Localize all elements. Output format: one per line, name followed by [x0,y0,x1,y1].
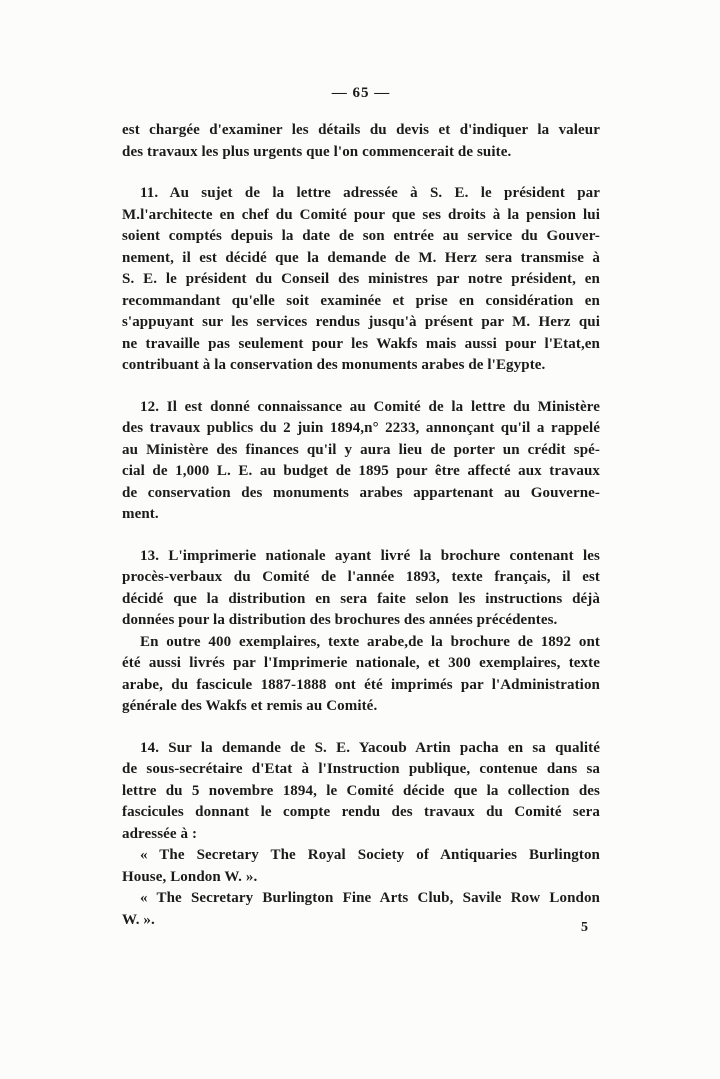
text-line: En outre 400 exemplaires, texte arabe,de… [122,632,600,654]
text-line: M.l'architecte en chef du Comité pour qu… [122,205,600,227]
paragraph-address-royal-society: « The Secretary The Royal Society of Ant… [122,845,600,888]
text-line: des travaux publics du 2 juin 1894,n° 22… [122,418,600,440]
text-line: décidé que la distribution en sera faite… [122,589,600,611]
text-line: cial de 1,000 L. E. au budget de 1895 po… [122,461,600,483]
text-line: S. E. le président du Conseil des minist… [122,269,600,291]
text-line: s'appuyant sur les services rendus jusqu… [122,312,600,334]
text-line: 13. L'imprimerie nationale ayant livré l… [122,546,600,568]
text-line: fascicules donnant le compte rendu des t… [122,802,600,824]
text-line: « The Secretary Burlington Fine Arts Clu… [122,888,600,910]
page-number-header: — 65 — [122,85,600,102]
text-line: arabe, du fascicule 1887-1888 ont été im… [122,675,600,697]
text-line: est chargée d'examiner les détails du de… [122,120,600,142]
signature-mark: 5 [122,920,600,936]
text-line: de conservation des monuments arabes app… [122,483,600,505]
paragraph-item-12: 12. Il est donné connaissance au Comité … [122,397,600,526]
text-line: générale des Wakfs et remis au Comité. [122,696,600,718]
text-line: de sous-secrétaire d'Etat à l'Instructio… [122,759,600,781]
text-line: 12. Il est donné connaissance au Comité … [122,397,600,419]
text-content: est chargée d'examiner les détails du de… [122,120,600,931]
paragraph-continuation: est chargée d'examiner les détails du de… [122,120,600,163]
text-line: House, London W. ». [122,867,600,889]
text-line: été aussi livrés par l'Imprimerie nation… [122,653,600,675]
text-line: soient comptés depuis la date de son ent… [122,226,600,248]
text-line: des travaux les plus urgents que l'on co… [122,142,600,164]
text-line: 11. Au sujet de la lettre adressée à S. … [122,183,600,205]
scanned-book-page: — 65 — est chargée d'examiner les détail… [0,0,720,1079]
text-line: lettre du 5 novembre 1894, le Comité déc… [122,781,600,803]
text-line: adressée à : [122,824,600,846]
text-line: recommandant qu'elle soit examinée et pr… [122,291,600,313]
paragraph-item-14: 14. Sur la demande de S. E. Yacoub Artin… [122,738,600,846]
text-line: ment. [122,504,600,526]
text-line: au Ministère des finances qu'il y aura l… [122,440,600,462]
text-line: nement, il est décidé que la demande de … [122,248,600,270]
text-line: données pour la distribution des brochur… [122,610,600,632]
paragraph-item-13: 13. L'imprimerie nationale ayant livré l… [122,546,600,632]
paragraph-item-13-suite: En outre 400 exemplaires, texte arabe,de… [122,632,600,718]
paragraph-item-11: 11. Au sujet de la lettre adressée à S. … [122,183,600,377]
text-line: « The Secretary The Royal Society of Ant… [122,845,600,867]
text-line: 14. Sur la demande de S. E. Yacoub Artin… [122,738,600,760]
text-line: ne travaille pas seulement pour les Wakf… [122,334,600,356]
text-line: contribuant à la conservation des monume… [122,355,600,377]
text-line: procès-verbaux du Comité de l'année 1893… [122,567,600,589]
